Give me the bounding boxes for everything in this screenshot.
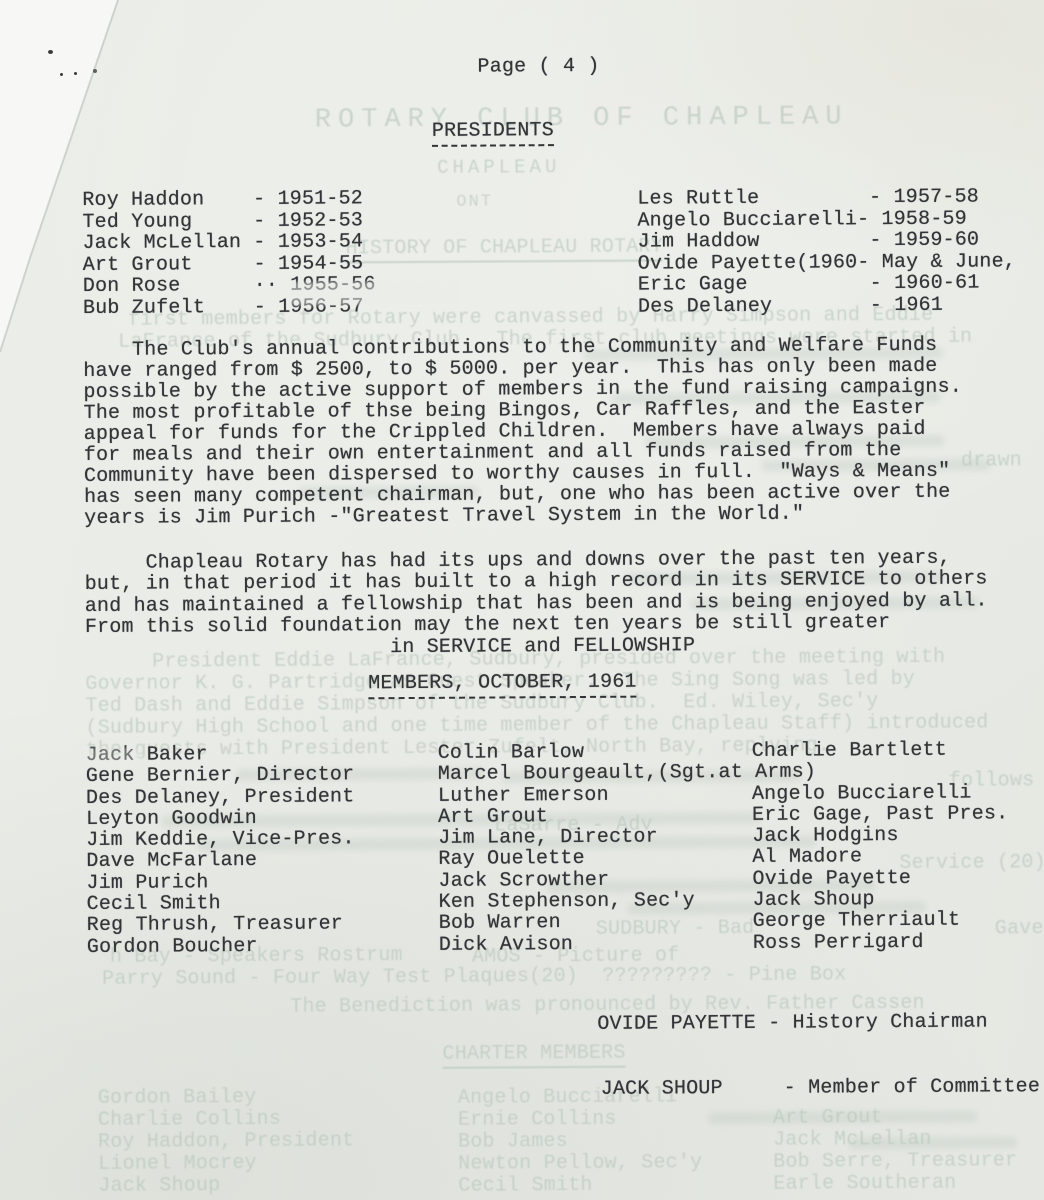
bleed-through-text: CHARTER MEMBERS xyxy=(442,1043,625,1070)
typewriter-smudge xyxy=(86,748,141,768)
presidents-list-right: Les Ruttle - 1957-58 Angelo Bucciarelli-… xyxy=(637,186,1016,318)
members-heading: MEMBERS, OCTOBER, 1961 xyxy=(368,672,637,700)
members-column-3: Charlie Bartlett Angelo Bucciarelli Eric… xyxy=(752,739,1010,954)
members-column-1: Jack Baker Gene Bernier, Director Des De… xyxy=(86,743,356,958)
committee-member-line: JACK SHOUP - Member of Committee xyxy=(601,1076,1040,1100)
bleed-through-charter-col3: Art Grout Jack McLellan Bob Serre, Treas… xyxy=(773,1084,1018,1195)
bleed-through-text: ROTARY CLUB OF CHAPLEAU xyxy=(315,107,849,132)
bleed-through-charter-col1: Gordon Bailey Charlie Collins Roy Haddon… xyxy=(98,1086,355,1198)
scanned-page: ROTARY CLUB OF CHAPLEAUCHAPLEAUONTHISTOR… xyxy=(0,0,1044,1200)
bleed-through-charter-col2: Angelo Bucciarelli Ernie Collins Bob Jam… xyxy=(458,1086,703,1197)
bleed-through-smudges xyxy=(0,0,1040,1)
typewriter-smudge xyxy=(290,281,460,306)
bleed-through-text: ONT xyxy=(456,192,493,214)
paragraph-contributions: The Club's annual contributions to the C… xyxy=(83,335,963,529)
presidents-heading: PRESIDENTS xyxy=(432,120,554,147)
typewriter-smudge xyxy=(200,213,226,231)
bleed-through-text: Parry Sound - Four Way Test Plaques(20) … xyxy=(102,964,846,990)
page-number: Page ( 4 ) xyxy=(477,56,599,78)
bleed-through-fragments: ROTARY CLUB OF CHAPLEAUCHAPLEAUONTHISTOR… xyxy=(0,0,1040,1)
bleed-through-text: CHAPLEAU xyxy=(437,157,560,179)
paragraph-ten-years: Chapleau Rotary has had its ups and down… xyxy=(84,547,988,660)
bleed-through-text: HISTORY OF CHAPLEAU ROTARY xyxy=(346,236,663,263)
history-chairman-line: OVIDE PAYETTE - History Chairman xyxy=(597,1011,988,1035)
